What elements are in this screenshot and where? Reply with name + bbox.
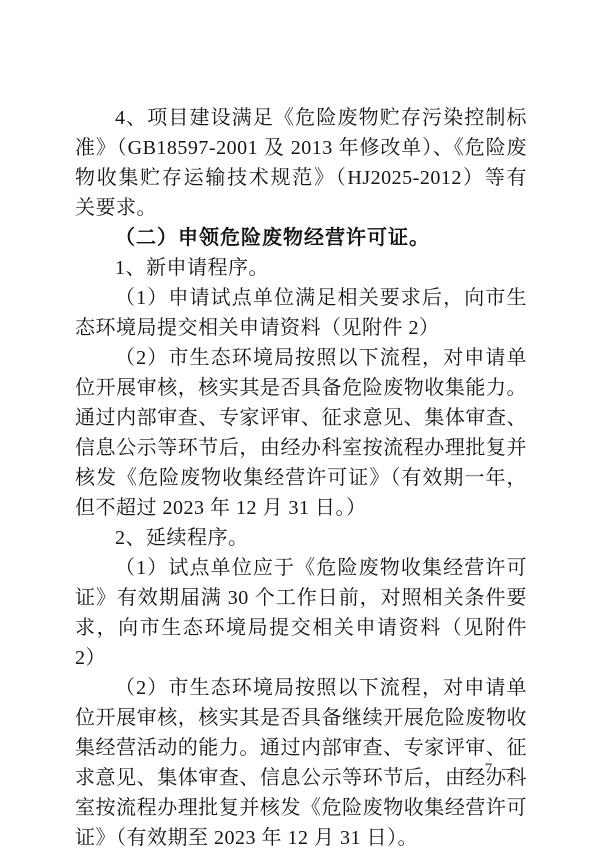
paragraph-new-application-title: 1、新申请程序。 <box>75 253 527 283</box>
section-heading-apply-license: （二）申领危险废物经营许可证。 <box>75 223 527 253</box>
paragraph-renewal-step1: （1）试点单位应于《危险废物收集经营许可证》有效期届满 30 个工作日前，对照相… <box>75 553 527 673</box>
paragraph-new-application-step1: （1）申请试点单位满足相关要求后，向市生态环境局提交相关申请资料（见附件 2） <box>75 283 527 343</box>
paragraph-renewal-title: 2、延续程序。 <box>75 523 527 553</box>
paragraph-new-application-step2: （2）市生态环境局按照以下流程，对申请单位开展审核，核实其是否具备危险废物收集能… <box>75 343 527 523</box>
page-number: — 7 — <box>460 760 520 778</box>
paragraph-standards-requirements: 4、项目建设满足《危险废物贮存污染控制标准》（GB18597-2001 及 20… <box>75 103 527 223</box>
document-page: 4、项目建设满足《危险废物贮存污染控制标准》（GB18597-2001 及 20… <box>0 0 600 848</box>
document-body: 4、项目建设满足《危险废物贮存污染控制标准》（GB18597-2001 及 20… <box>75 103 527 848</box>
